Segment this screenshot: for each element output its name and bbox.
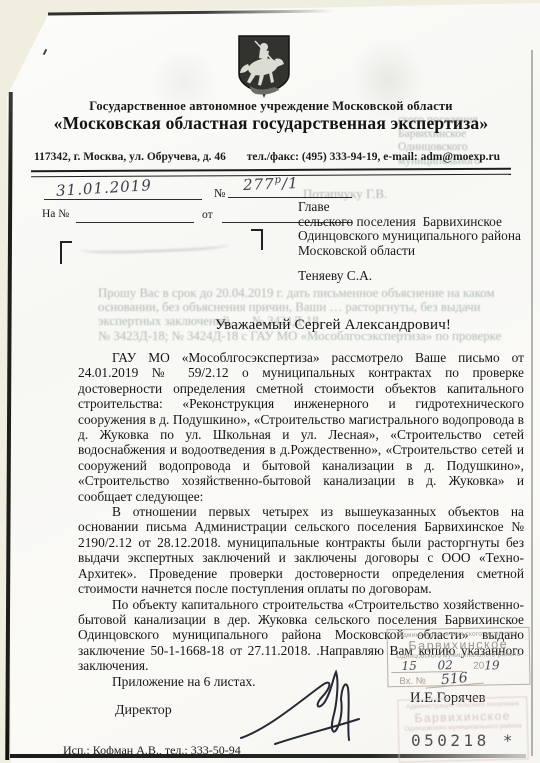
stamp-year-prefix: 20 — [473, 661, 484, 672]
stamp-day-handwritten: 15 — [391, 661, 427, 674]
org-address: 117342, г. Москва, ул. Обручева, д. 46 — [34, 151, 226, 163]
outgoing-number-handwritten: 277р/1 — [243, 174, 299, 194]
footer-code: 050218 * — [411, 731, 516, 750]
stamp-incoming-row: Вх. № 516 — [391, 673, 526, 687]
director-title: Директор — [115, 703, 172, 719]
recipient-line: сельского поселения Барвихинское — [298, 215, 534, 230]
number-label: № — [214, 186, 225, 201]
reply-to-label: На № — [42, 208, 69, 220]
recipient-line: Одинцовского муниципального района — [298, 229, 534, 244]
scan-edge-right — [531, 50, 533, 756]
org-type-line: Государственное автономное учреждение Мо… — [35, 99, 507, 114]
stamp-incoming-label: Вх. № — [399, 676, 426, 687]
address-corner-bracket-left — [60, 241, 72, 264]
recipient-line: Московской области — [298, 244, 534, 259]
scanned-letter-page: ского поселения Барвихинское Одинцовског… — [0, 0, 540, 763]
body-paragraph: В отношении первых четырех из вышеуказан… — [78, 504, 524, 596]
org-name-line: «Московская областная государственная эк… — [28, 113, 514, 134]
org-phone-email: тел./факс: (495) 333-94-19, e-mail: adm@… — [247, 151, 500, 163]
letterhead-contacts-row: 117342, г. Москва, ул. Обручева, д. 46 т… — [34, 151, 500, 163]
body-paragraph: ГАУ МО «Мособлгосэкспертиза» рассмотрело… — [78, 350, 524, 504]
signature-scribble — [237, 664, 372, 759]
date-underline — [44, 199, 202, 200]
stamp-year-handwritten: 19 — [484, 660, 499, 671]
recipient-line: Главе — [298, 200, 534, 215]
incoming-registration-stamp: Администрация сельского поселения Барвих… — [387, 627, 531, 687]
executor-note: Исп.: Кофман А.В., тел.: 333-50-94 — [63, 743, 241, 758]
bleedthrough-stamp: Администрация сельского поселения Барвих… — [397, 696, 529, 762]
from-label: от — [202, 209, 213, 221]
reply-underline — [76, 222, 194, 223]
number-underline — [228, 197, 352, 198]
salutation: Уважаемый Сергей Александрович! — [215, 317, 451, 334]
recipient-name: Теняеву С.А. — [298, 268, 372, 284]
address-corner-bracket-right — [251, 229, 263, 250]
coat-of-arms-icon — [236, 34, 292, 105]
recipient-block: Главе сельского поселения Барвихинское О… — [298, 200, 534, 258]
